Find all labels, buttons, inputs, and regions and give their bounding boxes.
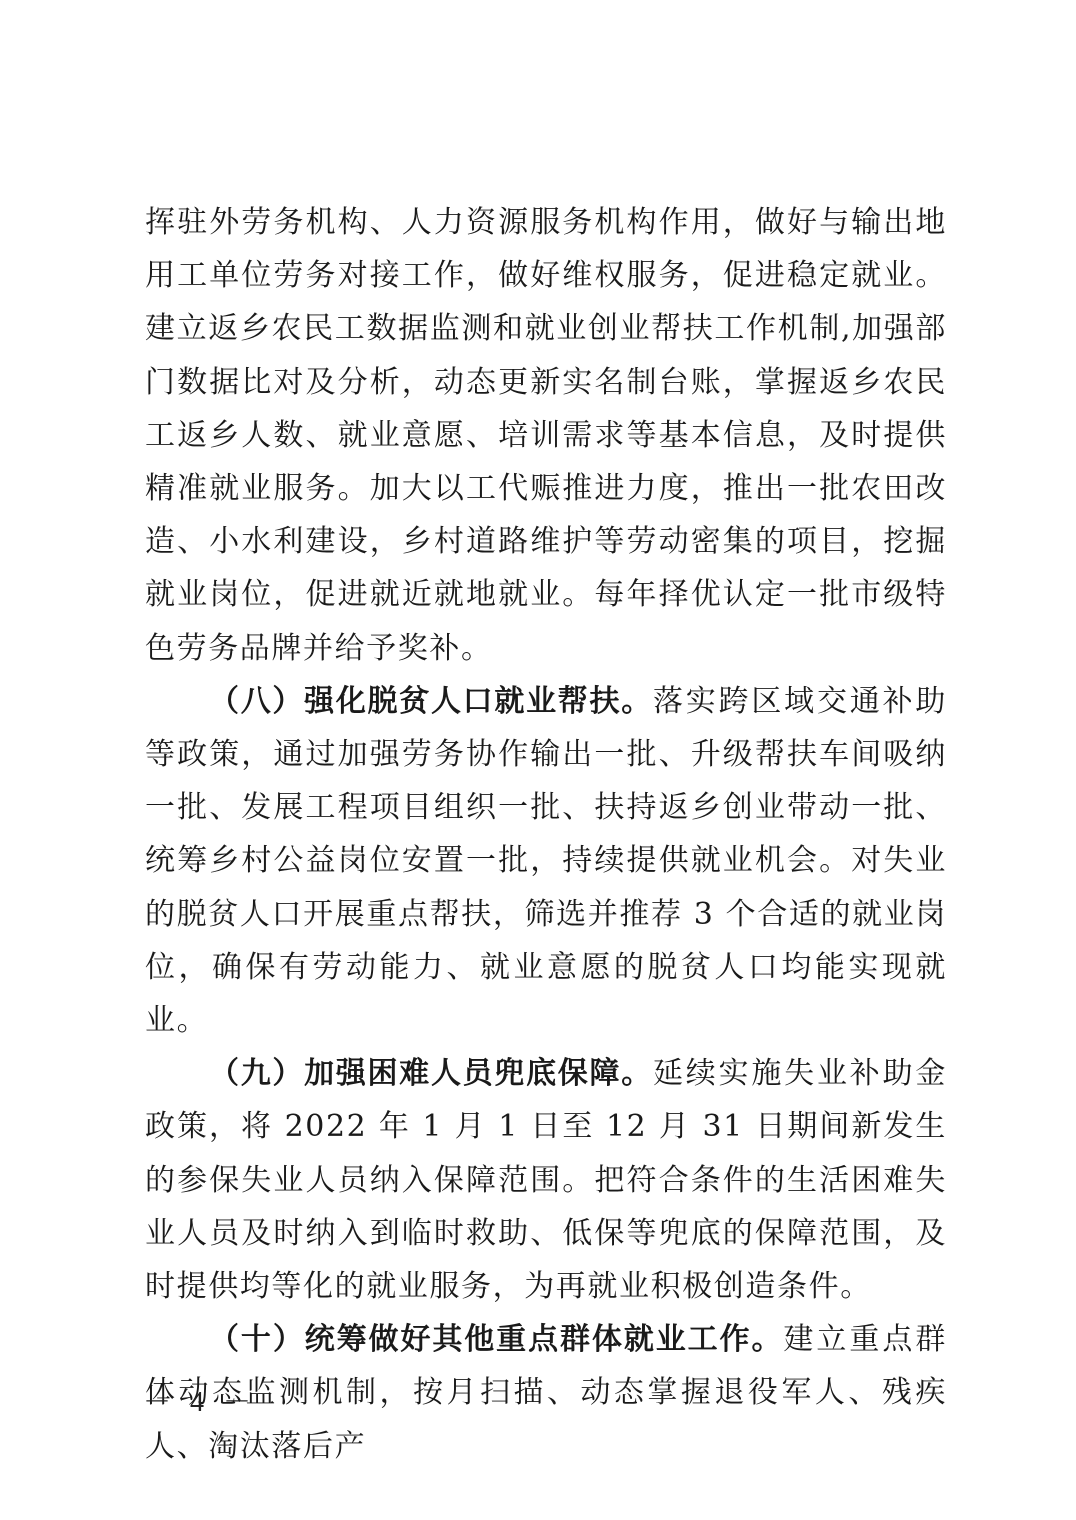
paragraph-section-8: （八）强化脱贫人口就业帮扶。落实跨区域交通补助等政策，通过加强劳务协作输出一批、…	[145, 675, 947, 1047]
paragraph-text: 挥驻外劳务机构、人力资源服务机构作用，做好与输出地用工单位劳务对接工作，做好维权…	[145, 205, 947, 666]
paragraph-text: 延续实施失业补助金政策，将 2022 年 1 月 1 日至 12 月 31 日期…	[145, 1056, 947, 1304]
paragraph-section-9: （九）加强困难人员兜底保障。延续实施失业补助金政策，将 2022 年 1 月 1…	[145, 1047, 947, 1313]
paragraph-text: 落实跨区域交通补助等政策，通过加强劳务协作输出一批、升级帮扶车间吸纳一批、发展工…	[145, 684, 947, 1038]
document-body: 挥驻外劳务机构、人力资源服务机构作用，做好与输出地用工单位劳务对接工作，做好维权…	[145, 196, 947, 1473]
document-page: 挥驻外劳务机构、人力资源服务机构作用，做好与输出地用工单位劳务对接工作，做好维权…	[0, 0, 1076, 1520]
section-heading-10: （十）统筹做好其他重点群体就业工作。	[209, 1322, 783, 1357]
paragraph-section-10: （十）统筹做好其他重点群体就业工作。建立重点群体动态监测机制，按月扫描、动态掌握…	[145, 1313, 947, 1473]
section-heading-9: （九）加强困难人员兜底保障。	[209, 1056, 653, 1091]
page-number: － 4 －	[143, 1380, 257, 1420]
section-heading-8: （八）强化脱贫人口就业帮扶。	[209, 684, 653, 719]
paragraph-continuation: 挥驻外劳务机构、人力资源服务机构作用，做好与输出地用工单位劳务对接工作，做好维权…	[145, 196, 947, 675]
